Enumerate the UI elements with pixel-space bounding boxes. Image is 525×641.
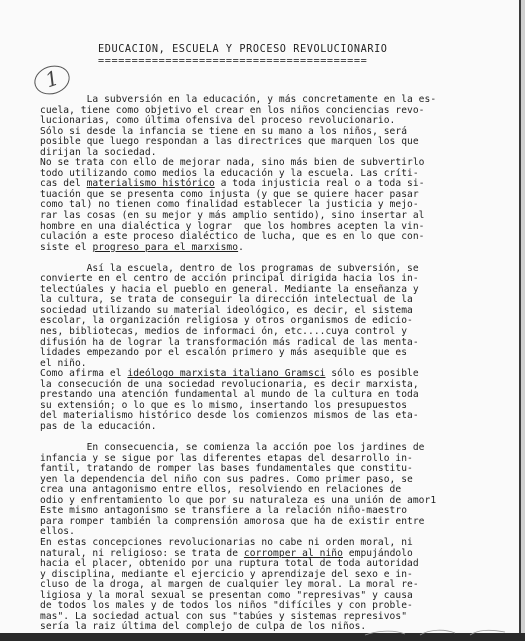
text-line: rar las cosas (en su mejor y más amplio … <box>40 211 520 222</box>
title-underline-rule: ======================================== <box>98 56 367 67</box>
underlined-phrase: progreso para el marxismo <box>92 242 238 253</box>
underlined-phrase: materialismo histórico <box>87 178 215 189</box>
text-line: siste el progreso para el marxismo. <box>40 243 520 254</box>
page-edge-right <box>521 0 525 641</box>
text-line: En consecuencia, se comienza la acción p… <box>40 443 520 454</box>
text-line: La subversión en la educación, y más con… <box>40 95 520 106</box>
underlined-phrase: corromper al niño <box>244 548 343 559</box>
page-number: 1 <box>42 66 62 93</box>
text-line: para romper también la comprensión amoro… <box>40 517 520 528</box>
handwritten-scribble <box>360 628 510 636</box>
underlined-phrase: ideólogo marxista italiano Gramsci <box>127 368 325 379</box>
text-line: pas de la educación. <box>40 422 520 433</box>
text-line: nes, bibliotecas, medios de informaci ón… <box>40 327 520 338</box>
text-line: lidades empezando por el escalón primero… <box>40 348 520 359</box>
document-body: La subversión en la educación, y más con… <box>40 95 520 633</box>
document-title: EDUCACION, ESCUELA Y PROCESO REVOLUCIONA… <box>98 44 388 55</box>
